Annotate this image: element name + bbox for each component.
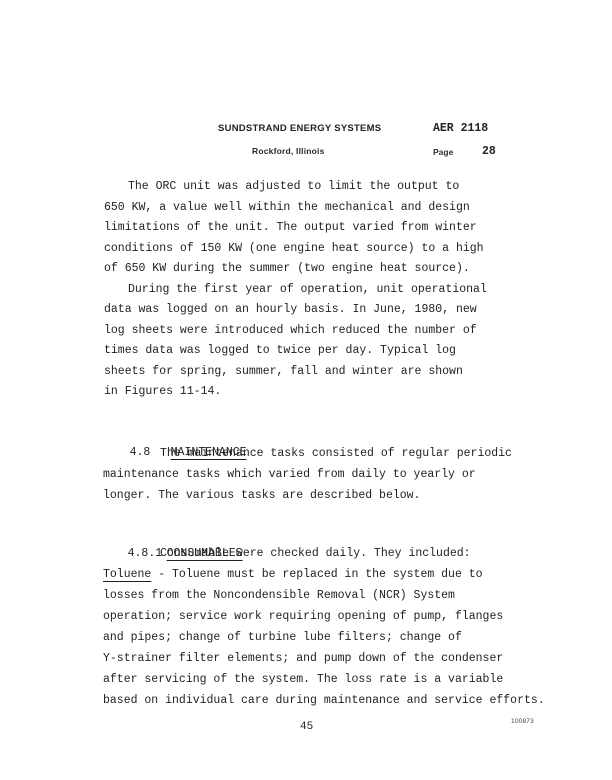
footer-page-number: 45: [300, 722, 313, 733]
body-line: losses from the Noncondensible Removal (…: [103, 585, 545, 606]
body-line: limitations of the unit. The output vari…: [104, 218, 487, 239]
section-consumables-paragraph: Consumable were checked daily. They incl…: [103, 543, 545, 711]
body-line: data was logged on an hourly basis. In J…: [104, 300, 487, 321]
body-line: in Figures 11-14.: [104, 382, 487, 403]
body-line: times data was logged to twice per day. …: [104, 341, 487, 362]
body-line: based on individual care during maintena…: [103, 690, 545, 711]
body-paragraphs-top: The ORC unit was adjusted to limit the o…: [104, 177, 487, 403]
body-line: longer. The various tasks are described …: [103, 485, 512, 506]
body-line: Consumable were checked daily. They incl…: [103, 543, 545, 564]
header-page-number: 28: [482, 146, 496, 158]
body-line: maintenance tasks which varied from dail…: [103, 464, 512, 485]
company-name: SUNDSTRAND ENERGY SYSTEMS: [218, 124, 381, 134]
document-page: SUNDSTRAND ENERGY SYSTEMS Rockford, Illi…: [0, 0, 612, 780]
body-line: and pipes; change of turbine lube filter…: [103, 627, 545, 648]
body-line: Y-strainer filter elements; and pump dow…: [103, 648, 545, 669]
body-line: The maintenance tasks consisted of regul…: [103, 443, 512, 464]
body-line: operation; service work requiring openin…: [103, 606, 545, 627]
body-line: The ORC unit was adjusted to limit the o…: [104, 177, 487, 198]
body-line: sheets for spring, summer, fall and wint…: [104, 362, 487, 383]
body-line: after servicing of the system. The loss …: [103, 669, 545, 690]
page-label: Page: [433, 148, 453, 157]
company-location: Rockford, Illinois: [252, 147, 325, 156]
body-line: During the first year of operation, unit…: [104, 280, 487, 301]
section-maintenance-paragraph: The maintenance tasks consisted of regul…: [103, 443, 512, 506]
body-line: conditions of 150 KW (one engine heat so…: [104, 239, 487, 260]
body-line: 650 KW, a value well within the mechanic…: [104, 198, 487, 219]
body-line: of 650 KW during the summer (two engine …: [104, 259, 487, 280]
body-line-rest: - Toluene must be replaced in the system…: [151, 568, 482, 581]
body-line: log sheets were introduced which reduced…: [104, 321, 487, 342]
underlined-term: Toluene: [103, 568, 151, 581]
body-line-toluene: Toluene - Toluene must be replaced in th…: [103, 564, 545, 585]
stamp-number: 100873: [511, 719, 534, 726]
doc-reference: AER 2118: [433, 123, 488, 135]
